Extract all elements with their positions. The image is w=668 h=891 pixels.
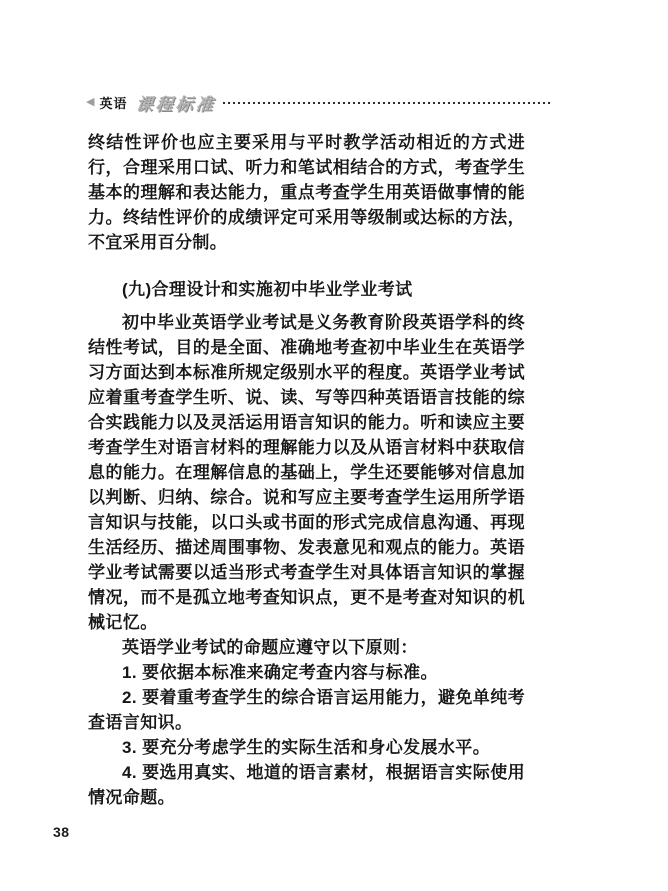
paragraph-summative-evaluation: 终结性评价也应主要采用与平时教学活动相近的方式进行，合理采用口试、听力和笔试相结…	[88, 130, 525, 255]
principle-item-3: 3. 要充分考虑学生的实际生活和身心发展水平。	[88, 735, 525, 760]
header-dotted-rule	[223, 102, 553, 104]
header-book-title: 课程标准	[135, 90, 218, 115]
section-heading: (九)合理设计和实施初中毕业学业考试	[88, 277, 525, 302]
principle-item-4: 4. 要选用真实、地道的语言素材，根据语言实际使用情况命题。	[88, 760, 525, 810]
paragraph-principles-intro: 英语学业考试的命题应遵守以下原则：	[88, 635, 525, 660]
text-column: 终结性评价也应主要采用与平时教学活动相近的方式进行，合理采用口试、听力和笔试相结…	[88, 130, 525, 810]
principle-item-1: 1. 要依据本标准来确定考查内容与标准。	[88, 660, 525, 685]
book-page: ◀ 英语 课程标准 终结性评价也应主要采用与平时教学活动相近的方式进行，合理采用…	[0, 0, 668, 891]
principle-item-2: 2. 要着重考查学生的综合语言运用能力，避免单纯考查语言知识。	[88, 685, 525, 735]
left-triangle-icon: ◀	[86, 97, 94, 108]
running-head: ◀ 英语 课程标准	[86, 90, 553, 115]
paragraph-exam-description: 初中毕业英语学业考试是义务教育阶段英语学科的终结性考试，目的是全面、准确地考查初…	[88, 310, 525, 635]
header-subject-label: 英语	[99, 93, 127, 112]
page-number: 38	[53, 824, 70, 840]
